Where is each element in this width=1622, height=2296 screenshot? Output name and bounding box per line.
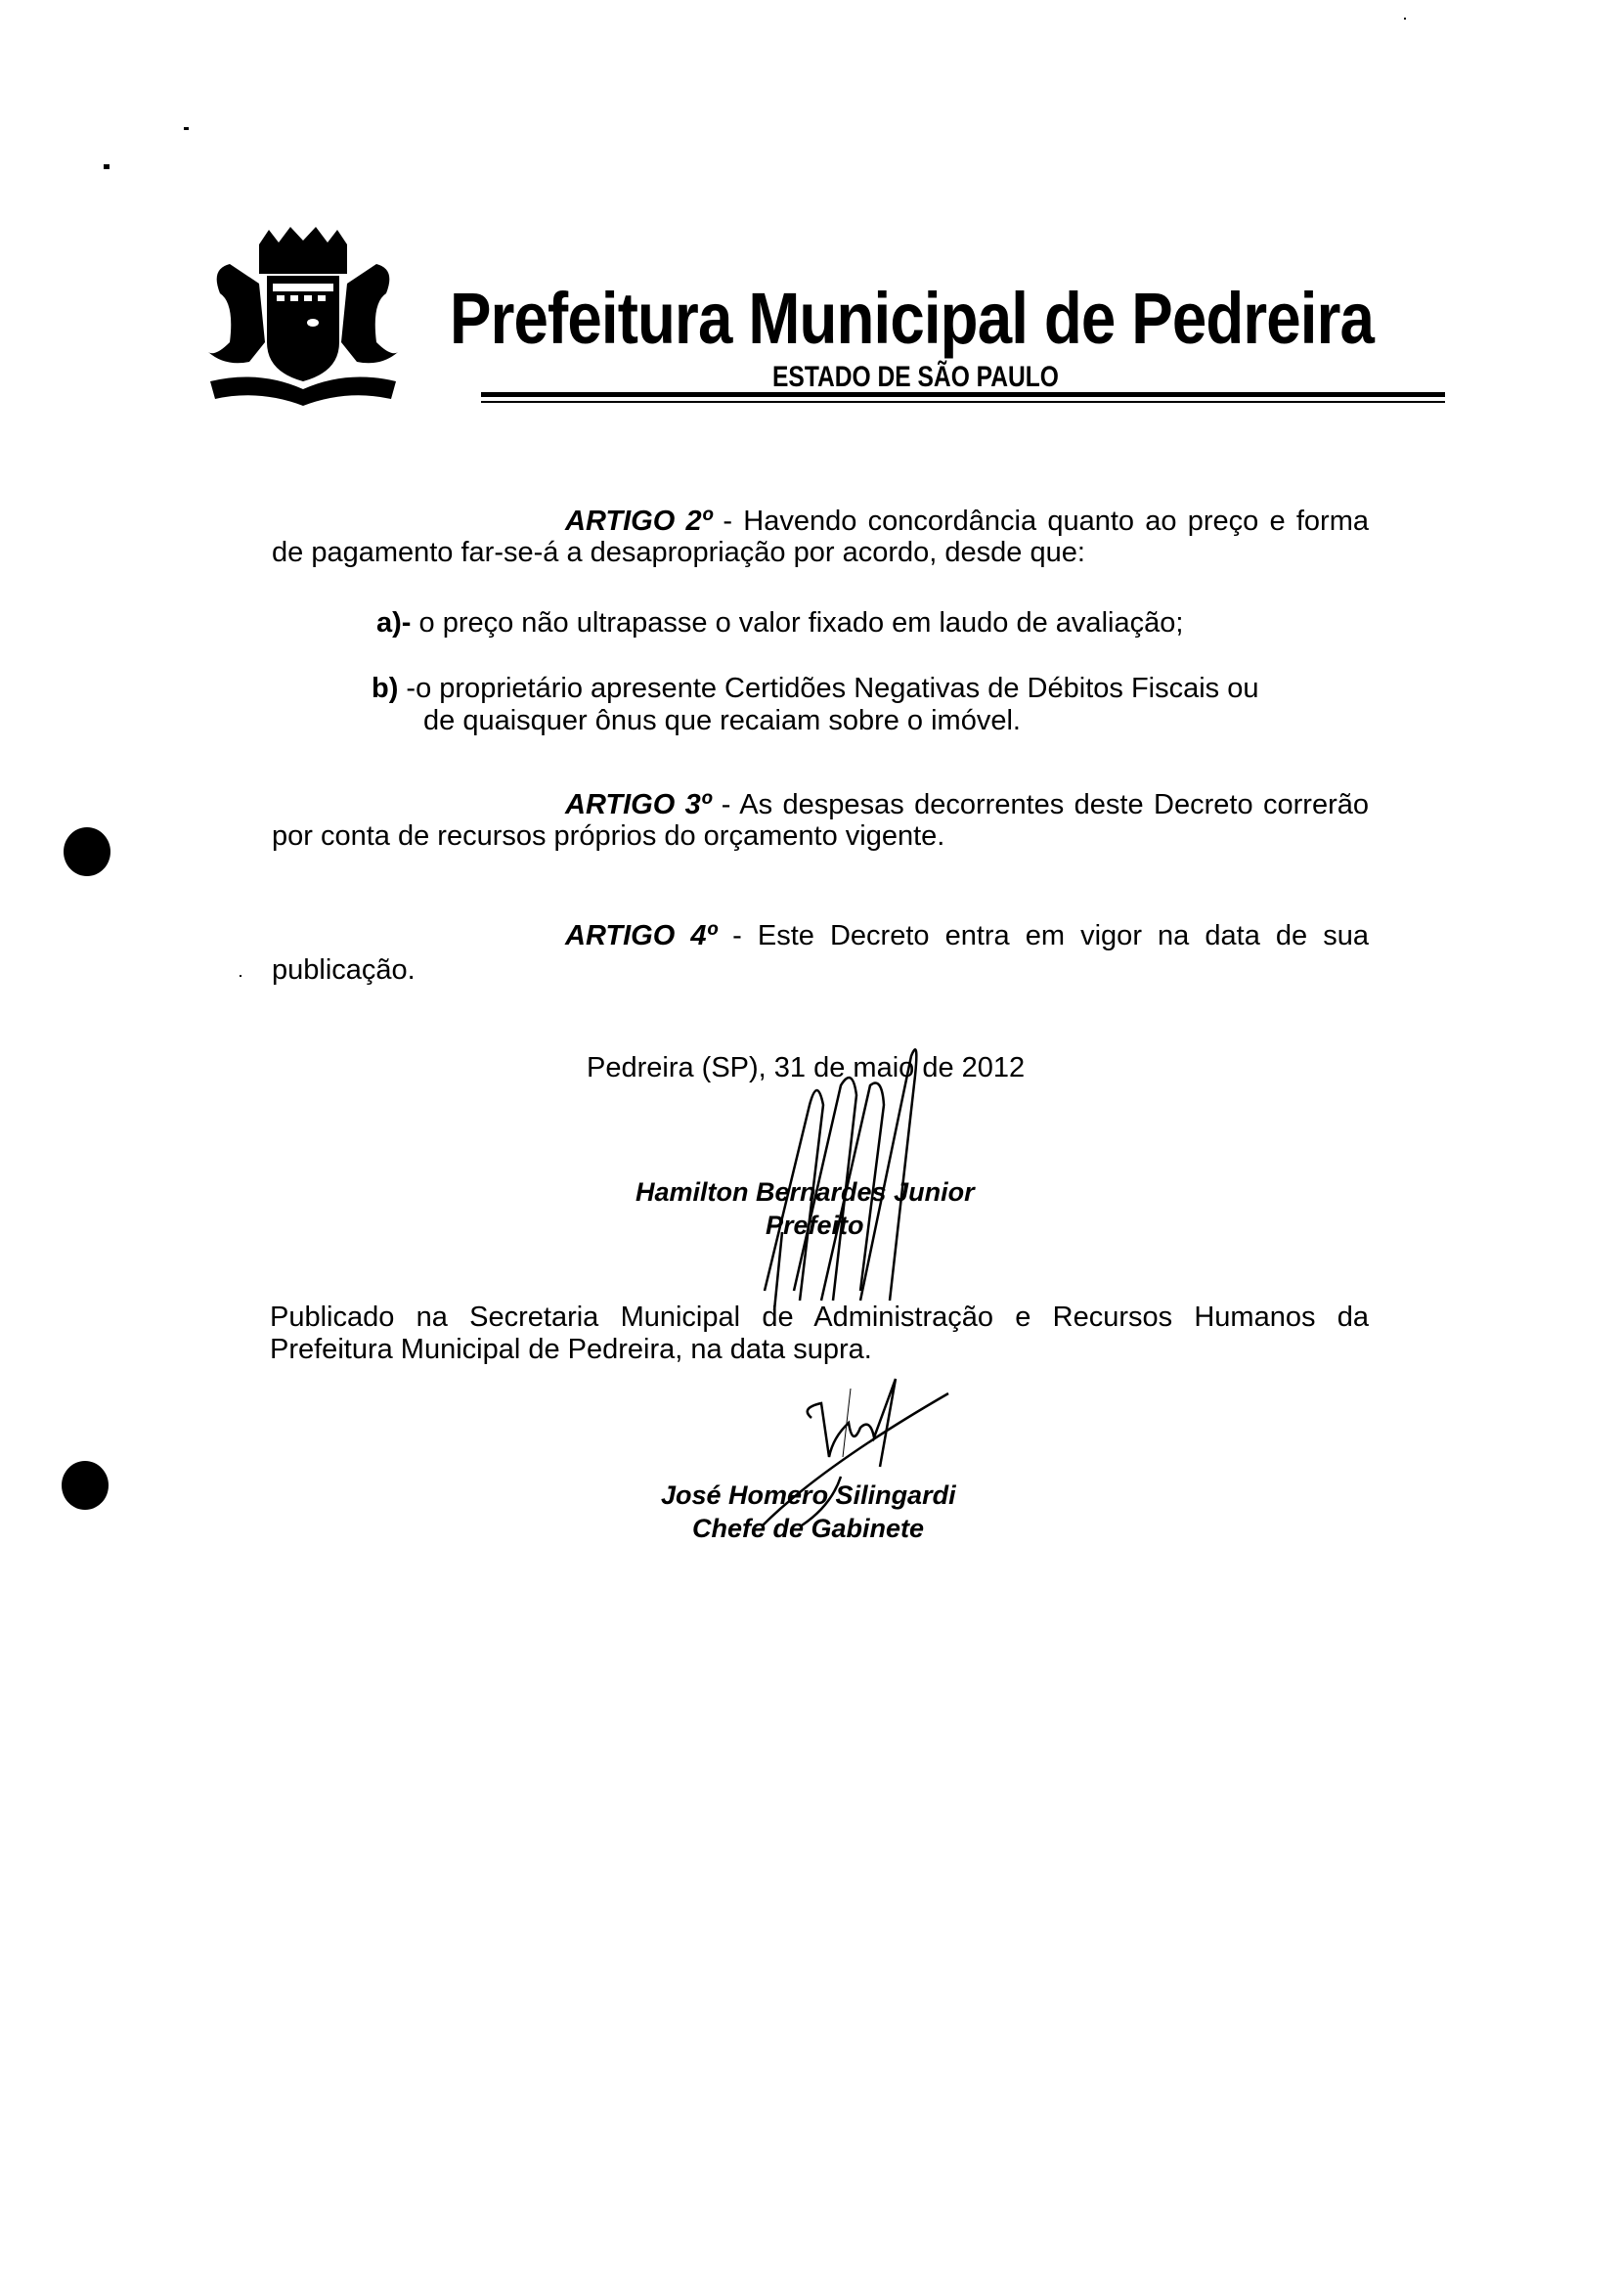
artigo2-item-b-cont: de quaisquer ônus que recaiam sobre o im… xyxy=(423,704,1021,737)
artigo4-line1: ARTIGO 4º - Este Decreto entra em vigor … xyxy=(565,919,1369,952)
header-rule xyxy=(481,392,1445,397)
publication-line1: Publicado na Secretaria Municipal de Adm… xyxy=(270,1301,1369,1334)
artigo2-label: ARTIGO 2º xyxy=(565,506,712,537)
punch-hole xyxy=(64,827,110,876)
item-b-marker: b) xyxy=(372,673,398,704)
publication-line2: Prefeitura Municipal de Pedreira, na dat… xyxy=(270,1333,872,1366)
signatory1-name: Hamilton Bernardes Junior xyxy=(636,1175,975,1209)
artigo2-item-b: b) -o proprietário apresente Certidões N… xyxy=(372,672,1259,705)
page-title: Prefeitura Municipal de Pedreira xyxy=(450,277,1374,360)
artigo2-line1: ARTIGO 2º - Havendo concordância quanto … xyxy=(565,505,1369,538)
date-line: Pedreira (SP), 31 de maio de 2012 xyxy=(587,1051,1025,1084)
scan-speck xyxy=(240,975,241,977)
artigo4-label: ARTIGO 4º xyxy=(565,920,717,951)
artigo2-line2: de pagamento far-se-á a desapropriação p… xyxy=(272,536,1085,569)
item-a-marker: a)- xyxy=(376,607,411,639)
artigo2-item-a: a)- o preço não ultrapasse o valor fixad… xyxy=(376,606,1183,640)
scan-speck xyxy=(1404,18,1406,20)
punch-hole xyxy=(62,1461,109,1510)
page-subtitle: ESTADO DE SÃO PAULO xyxy=(772,361,1059,394)
coat-of-arms-icon xyxy=(200,225,406,406)
signatory2-name: José Homero Silingardi xyxy=(661,1479,956,1512)
header-rule-thin xyxy=(481,401,1445,403)
artigo3-label: ARTIGO 3º xyxy=(565,789,711,820)
signatory2-role: Chefe de Gabinete xyxy=(692,1512,924,1545)
scan-speck xyxy=(184,127,189,130)
artigo3-line2: por conta de recursos próprios do orçame… xyxy=(272,819,944,853)
artigo3-line1: ARTIGO 3º - As despesas decorrentes dest… xyxy=(565,788,1369,821)
signatory1-role: Prefeito xyxy=(766,1209,864,1242)
scan-speck xyxy=(104,164,110,169)
artigo4-line2: publicação. xyxy=(272,953,416,987)
